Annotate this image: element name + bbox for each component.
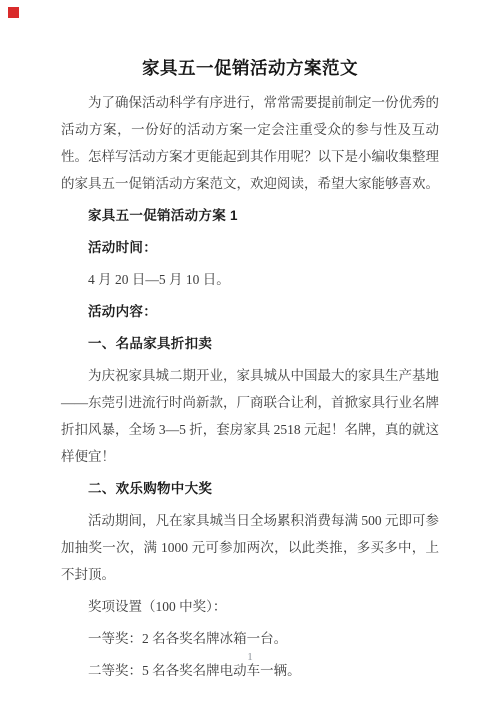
item-2-paragraph: 活动期间，凡在家具城当日全场累积消费每满 500 元即可参加抽奖一次，满 100… xyxy=(61,507,439,588)
intro-paragraph: 为了确保活动科学有序进行，常常需要提前制定一份优秀的活动方案，一份好的活动方案一… xyxy=(61,89,439,197)
activity-time-value: 4 月 20 日—5 月 10 日。 xyxy=(61,266,439,293)
document-page: 家具五一促销活动方案范文 为了确保活动科学有序进行，常常需要提前制定一份优秀的活… xyxy=(0,0,500,708)
item-1-paragraph: 为庆祝家具城二期开业，家具城从中国最大的家具生产基地——东莞引进流行时尚新款，厂… xyxy=(61,362,439,470)
first-prize-line: 一等奖：2 名各奖名牌冰箱一台。 xyxy=(61,625,439,652)
item-1-heading: 一、名品家具折扣卖 xyxy=(61,330,439,357)
activity-content-label: 活动内容： xyxy=(61,298,439,325)
section-1-title: 家具五一促销活动方案 1 xyxy=(61,202,439,229)
item-2-heading: 二、欢乐购物中大奖 xyxy=(61,475,439,502)
document-body: 为了确保活动科学有序进行，常常需要提前制定一份优秀的活动方案，一份好的活动方案一… xyxy=(61,89,439,684)
page-number: 1 xyxy=(0,649,500,665)
activity-time-label: 活动时间： xyxy=(61,234,439,261)
prizes-intro-line: 奖项设置（100 中奖）： xyxy=(61,593,439,620)
page-title: 家具五一促销活动方案范文 xyxy=(0,0,500,80)
red-square-marker xyxy=(8,7,19,18)
